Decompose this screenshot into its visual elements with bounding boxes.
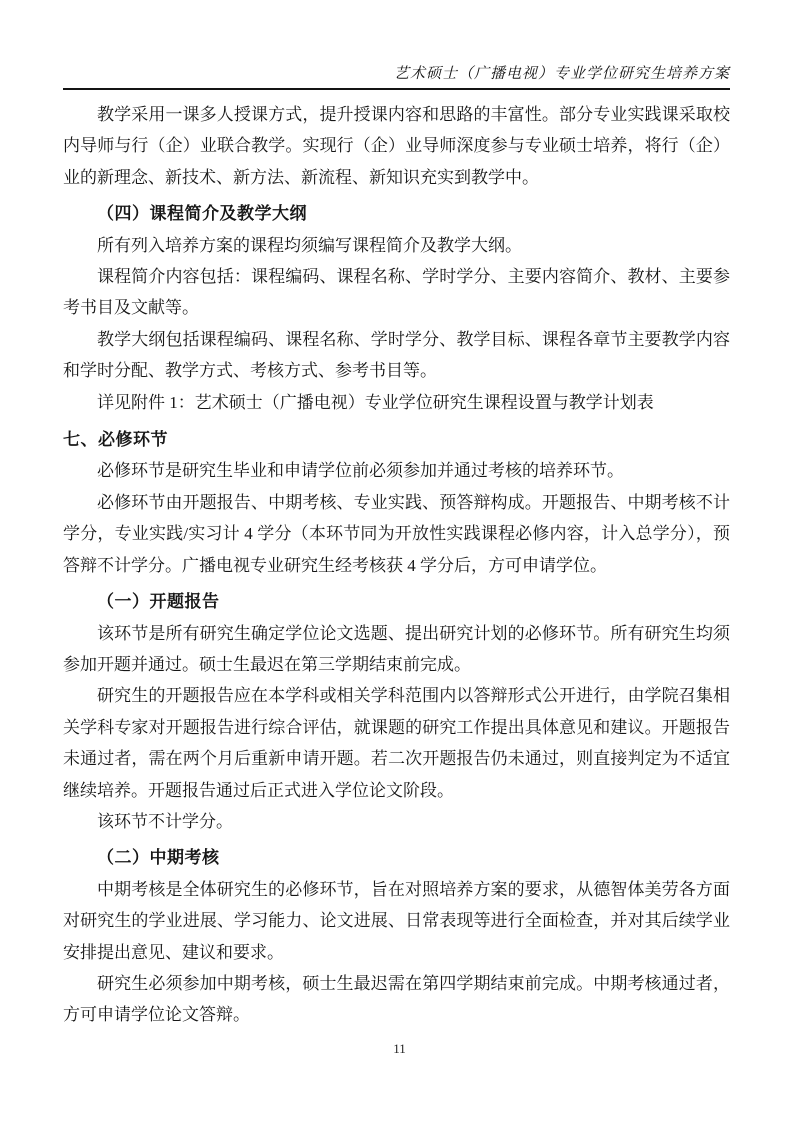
section-heading: （一）开题报告: [63, 586, 730, 617]
section-heading: （四）课程简介及教学大纲: [63, 198, 730, 229]
paragraph: 该环节不计学分。: [63, 806, 730, 837]
header-rule: [63, 88, 730, 90]
paragraph: 所有列入培养方案的课程均须编写课程简介及教学大纲。: [63, 230, 730, 261]
paragraph: 详见附件 1：艺术硕士（广播电视）专业学位研究生课程设置与教学计划表: [63, 387, 730, 418]
paragraph: 该环节是所有研究生确定学位论文选题、提出研究计划的必修环节。所有研究生均须参加开…: [63, 618, 730, 681]
paragraph: 教学大纲包括课程编码、课程名称、学时学分、教学目标、课程各章节主要教学内容和学时…: [63, 324, 730, 387]
section-heading: （二）中期考核: [63, 842, 730, 873]
chapter-heading: 七、必修环节: [63, 424, 730, 455]
document-page: 艺术硕士（广播电视）专业学位研究生培养方案 教学采用一课多人授课方式，提升授课内…: [0, 0, 799, 1131]
paragraph: 中期考核是全体研究生的必修环节，旨在对照培养方案的要求，从德智体美劳各方面对研究…: [63, 874, 730, 968]
paragraph: 研究生的开题报告应在本学科或相关学科范围内以答辩形式公开进行，由学院召集相关学科…: [63, 680, 730, 806]
running-header-title: 艺术硕士（广播电视）专业学位研究生培养方案: [63, 64, 730, 84]
paragraph: 教学采用一课多人授课方式，提升授课内容和思路的丰富性。部分专业实践课采取校内导师…: [63, 99, 730, 193]
page-number: 11: [0, 1041, 799, 1057]
page-content: 艺术硕士（广播电视）专业学位研究生培养方案 教学采用一课多人授课方式，提升授课内…: [63, 64, 730, 1031]
paragraph: 研究生必须参加中期考核，硕士生最迟需在第四学期结束前完成。中期考核通过者，方可申…: [63, 968, 730, 1031]
paragraph: 必修环节由开题报告、中期考核、专业实践、预答辩构成。开题报告、中期考核不计学分，…: [63, 487, 730, 581]
paragraph: 必修环节是研究生毕业和申请学位前必须参加并通过考核的培养环节。: [63, 455, 730, 486]
paragraph: 课程简介内容包括：课程编码、课程名称、学时学分、主要内容简介、教材、主要参考书目…: [63, 261, 730, 324]
